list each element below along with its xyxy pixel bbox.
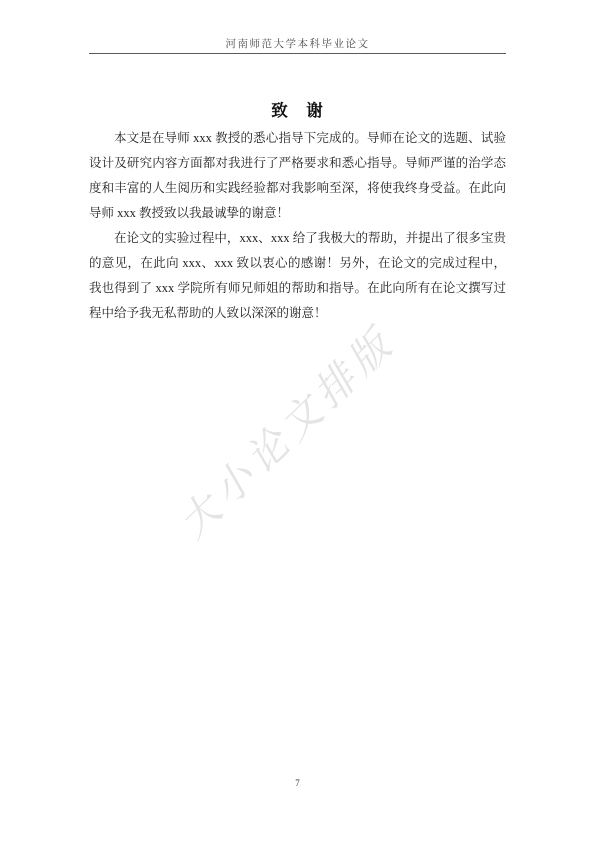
diagonal-watermark-text: 大小论文排版	[132, 281, 438, 579]
header-divider-rule	[89, 53, 506, 54]
body-paragraph-2: 在论文的实验过程中，xxx、xxx 给了我极大的帮助，并提出了很多宝贵的意见，在…	[89, 226, 506, 326]
header-running-title: 河南师范大学本科毕业论文	[89, 36, 506, 51]
acknowledgement-body: 本文是在导师 xxx 教授的悉心指导下完成的。导师在论文的选题、试验设计及研究内…	[89, 126, 506, 326]
page-title-acknowledgements: 致 谢	[0, 97, 595, 121]
body-paragraph-1: 本文是在导师 xxx 教授的悉心指导下完成的。导师在论文的选题、试验设计及研究内…	[89, 126, 506, 226]
page-number: 7	[0, 778, 595, 788]
thesis-page: { "header": { "running_title": "河南师范大学本科…	[0, 0, 595, 842]
